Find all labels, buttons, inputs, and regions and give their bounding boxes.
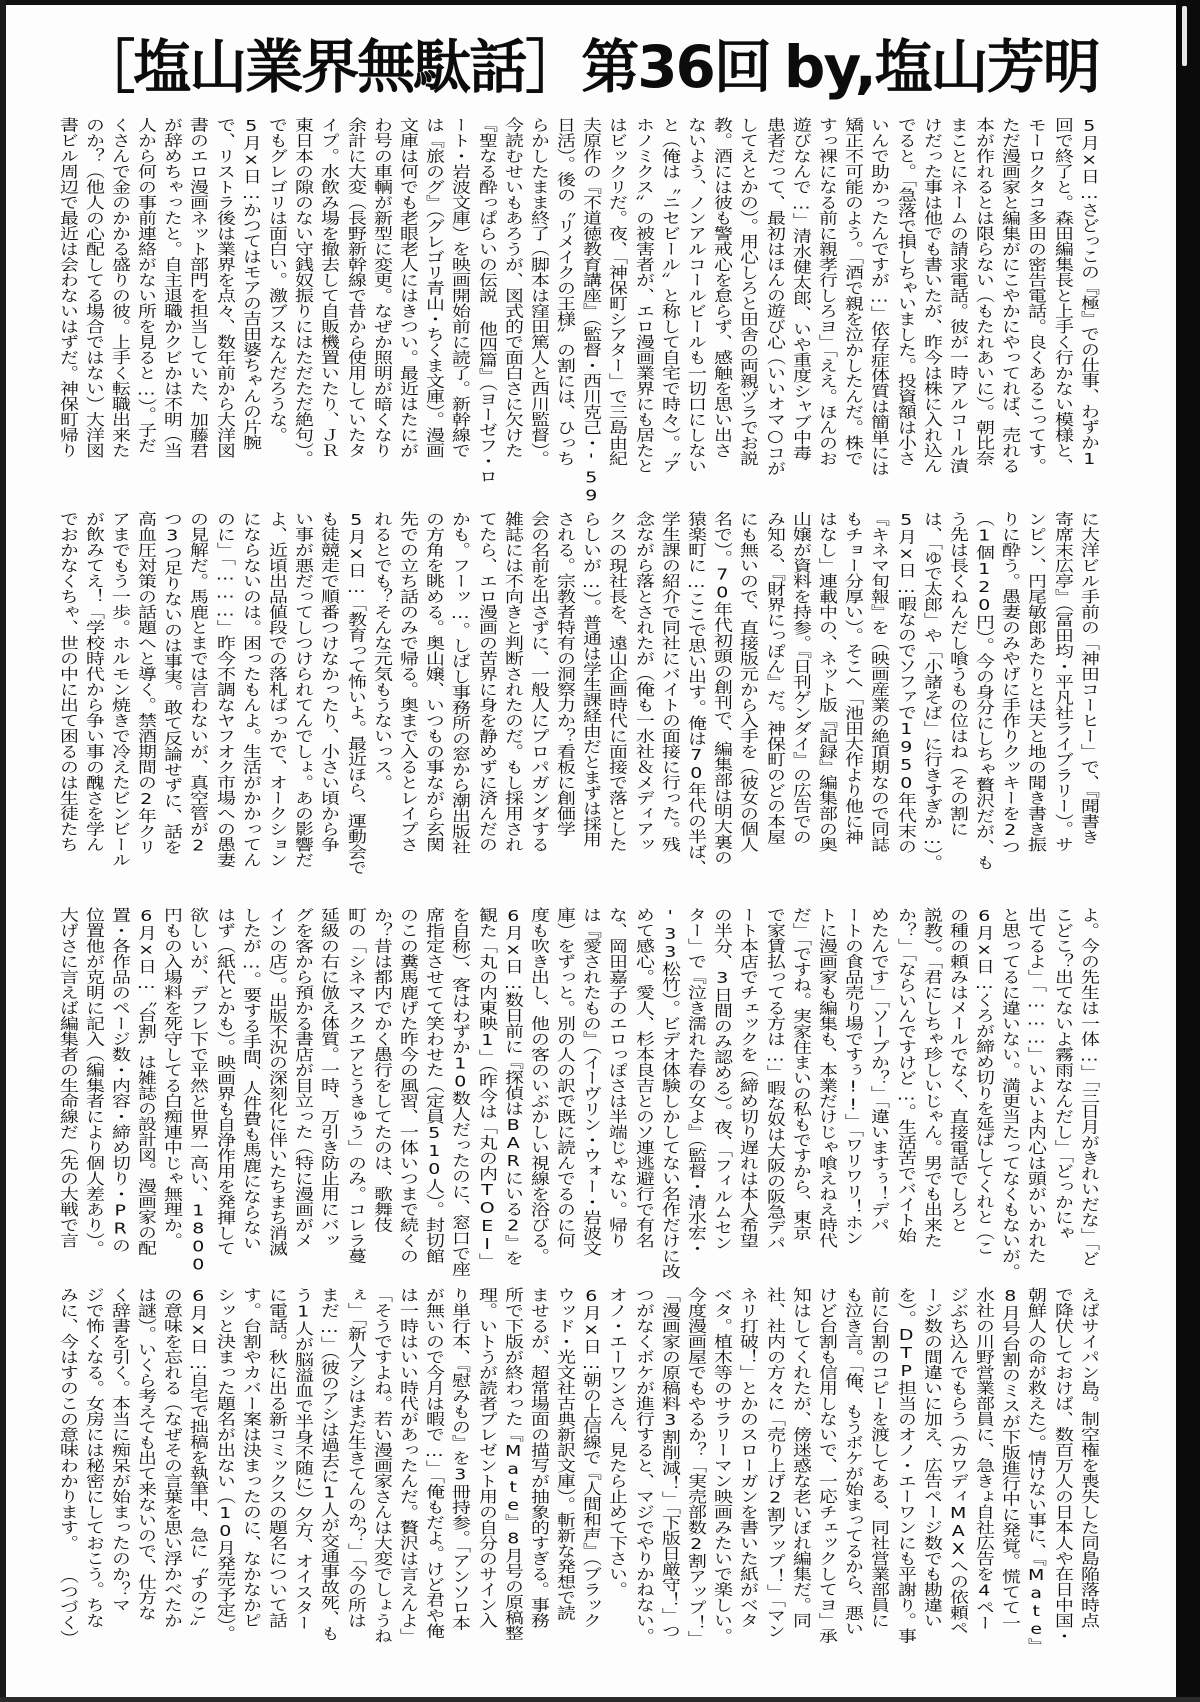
scan-border-right xyxy=(1176,0,1200,1702)
article-tier-1: 5月×日…さどっこの『極』での仕事、わずか1 回で終了と。森田編集長と上手く行か… xyxy=(54,117,1102,477)
column-series-name: ［塩山業界無駄話］ xyxy=(77,34,581,100)
text-column-text: みに、今はすのこの意味わかります。 xyxy=(52,1287,84,1551)
page-title: ［塩山業界無駄話］第36回by,塩山芳明 xyxy=(0,34,1176,100)
text-column: でおかなくちゃ、世の中に出て困るのは生徒たち xyxy=(52,511,84,869)
episode-number: 第36回 xyxy=(581,34,770,100)
scan-artifact xyxy=(1182,6,1187,66)
article-tier-4: えばサイパン島。制空権を喪失した同島陥落時点 で降伏しておけば、数百万人の日本人… xyxy=(54,1287,1102,1647)
continued-label: （つづく） xyxy=(52,1568,84,1646)
scan-border-left xyxy=(0,0,6,1702)
text-column: 書ビル周辺で最近は会わないはずだ。神保町帰り xyxy=(52,117,84,475)
byline-prefix: by, xyxy=(784,34,875,100)
text-column: 大げさに言えば編集者の生命線だ（先の大戦で言 xyxy=(52,907,84,1265)
scan-border-top xyxy=(0,0,1200,5)
author-name: 塩山芳明 xyxy=(875,34,1099,100)
article-tier-3: よ。今の先生は一体…」「三日月がきれいだな」「ど こどこ？出てないよ霧雨なんだし… xyxy=(54,907,1102,1267)
article-tier-2: に大洋ビル手前の「神田コーヒー」で、『聞書き 寄席末広亭』（冨田均・平凡社ライブ… xyxy=(54,511,1102,871)
text-column-final: みに、今はすのこの意味わかります。 （つづく） xyxy=(52,1287,84,1645)
scan-border-bottom xyxy=(0,1697,1200,1702)
